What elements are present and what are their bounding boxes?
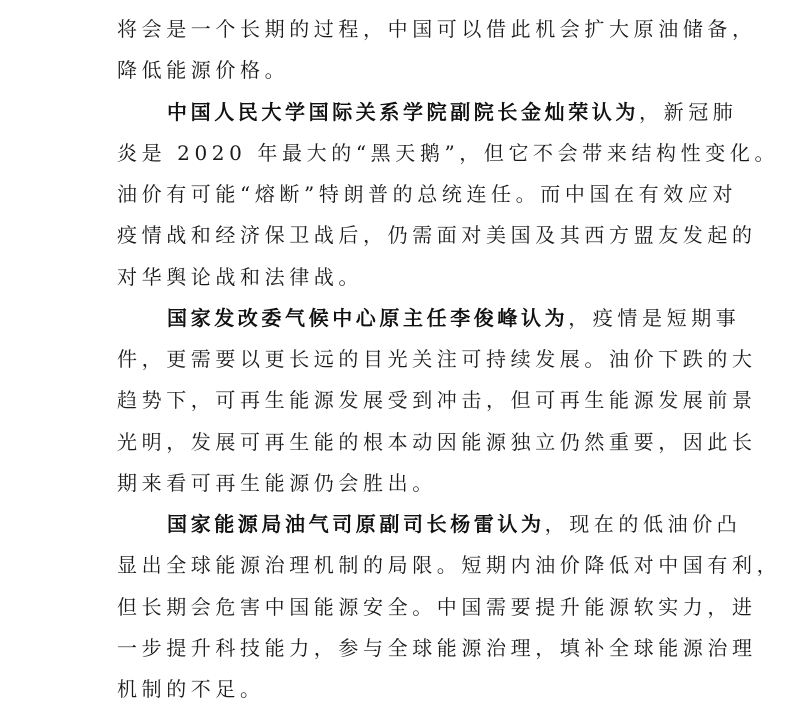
line-text: ，疫情是短期事	[568, 306, 740, 330]
speaker-label: 中国人民大学国际关系学院副院长金灿荣认为	[167, 100, 639, 124]
text-line: 机制的不足。	[117, 669, 677, 709]
text-line: 光明，发展可再生能的根本动因能源独立仍然重要，因此长	[117, 422, 677, 463]
text-line: 疫情战和经济保卫战后，仍需面对美国及其西方盟友发起的	[117, 215, 677, 256]
paragraph-intro-continuation: 将会是一个长期的过程，中国可以借此机会扩大原油储备， 降低能源价格。	[117, 9, 677, 92]
text-line: 国家能源局油气司原副司长杨雷认为，现在的低油价凸	[117, 504, 677, 545]
text-line: 一步提升科技能力，参与全球能源治理，填补全球能源治理	[117, 628, 677, 669]
text-line: 但长期会危害中国能源安全。中国需要提升能源软实力，进	[117, 587, 677, 628]
paragraph-li-junfeng: 国家发改委气候中心原主任李俊峰认为，疫情是短期事 件，更需要以更长远的目光关注可…	[117, 298, 677, 504]
text-line: 中国人民大学国际关系学院副院长金灿荣认为，新冠肺	[117, 92, 677, 133]
speaker-label: 国家发改委气候中心原主任李俊峰认为	[167, 306, 568, 330]
text-line: 期来看可再生能源仍会胜出。	[117, 463, 677, 504]
text-line: 油价有可能“熔断”特朗普的总统连任。而中国在有效应对	[117, 174, 677, 215]
document-page: 将会是一个长期的过程，中国可以借此机会扩大原油储备， 降低能源价格。 中国人民大…	[117, 9, 677, 709]
text-line: 对华舆论战和法律战。	[117, 257, 677, 298]
text-line: 国家发改委气候中心原主任李俊峰认为，疫情是短期事	[117, 298, 677, 339]
paragraph-yang-lei: 国家能源局油气司原副司长杨雷认为，现在的低油价凸 显出全球能源治理机制的局限。短…	[117, 504, 677, 709]
line-text: ，现在的低油价凸	[545, 512, 742, 536]
speaker-label: 国家能源局油气司原副司长杨雷认为	[167, 512, 545, 536]
text-line: 炎是 2020 年最大的“黑天鹅”，但它不会带来结构性变化。	[117, 133, 677, 174]
paragraph-jin-canrong: 中国人民大学国际关系学院副院长金灿荣认为，新冠肺 炎是 2020 年最大的“黑天…	[117, 92, 677, 298]
line-text: ，新冠肺	[639, 100, 737, 124]
text-line: 件，更需要以更长远的目光关注可持续发展。油价下跌的大	[117, 339, 677, 380]
text-line: 显出全球能源治理机制的局限。短期内油价降低对中国有利，	[117, 545, 677, 586]
text-line: 趋势下，可再生能源发展受到冲击，但可再生能源发展前景	[117, 380, 677, 421]
text-line: 降低能源价格。	[117, 50, 677, 91]
text-line: 将会是一个长期的过程，中国可以借此机会扩大原油储备，	[117, 9, 677, 50]
